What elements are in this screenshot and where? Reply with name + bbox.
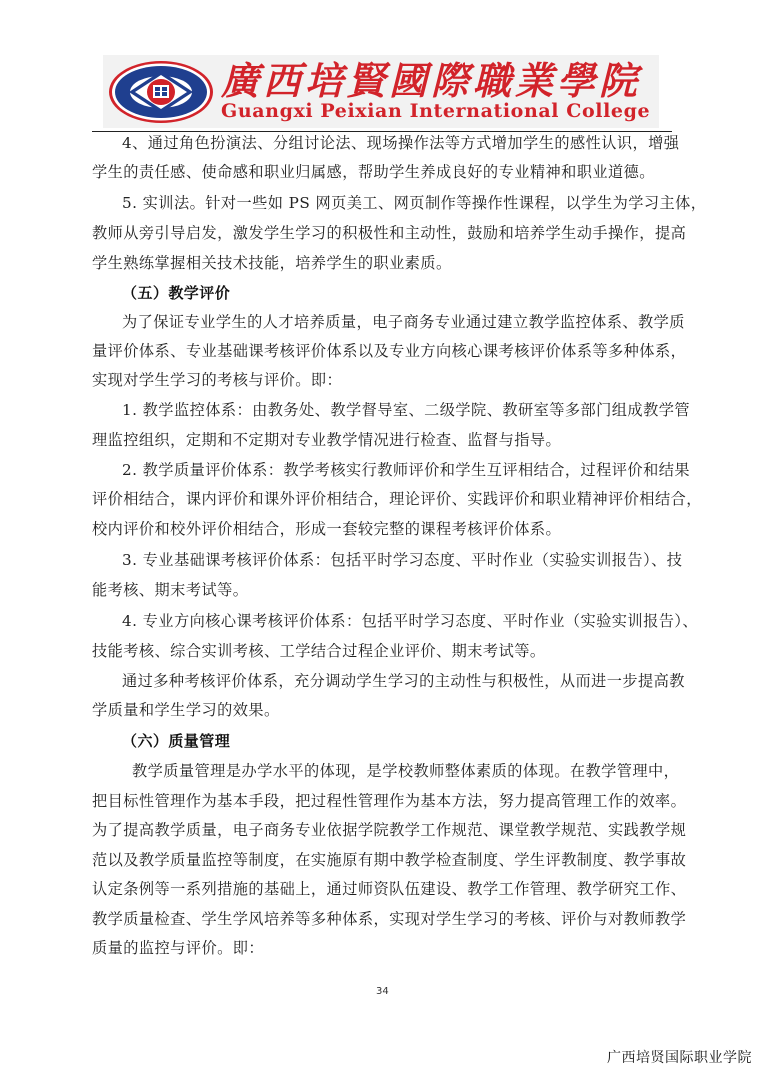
section-heading-teaching-evaluation: （五）教学评价 xyxy=(122,278,230,308)
paragraph-line: 理监控组织，定期和不定期对专业教学情况进行检查、监督与指导。 xyxy=(92,425,561,455)
paragraph-line: 教学质量检查、学生学风培养等多种体系，实现对学生学习的考核、评价与对教师教学 xyxy=(92,904,686,934)
paragraph-line: 把目标性管理作为基本手段，把过程性管理作为基本方法，努力提高管理工作的效率。 xyxy=(92,786,686,816)
paragraph-line: 能考核、期末考试等。 xyxy=(92,575,248,605)
page-number: 34 xyxy=(376,986,389,997)
header-banner: 廣西培賢國際職業學院 Guangxi Peixian International… xyxy=(103,55,659,128)
paragraph-line: 2. 教学质量评价体系：教学考核实行教师评价和学生互评相结合，过程评价和结果 xyxy=(122,455,690,485)
paragraph-line: 4. 专业方向核心课考核评价体系：包括平时学习态度、平时作业（实验实训报告）、 xyxy=(122,606,698,636)
section-heading-quality-management: （六）质量管理 xyxy=(122,726,230,756)
paragraph-line: 4、通过角色扮演法、分组讨论法、现场操作法等方式增加学生的感性认识，增强 xyxy=(122,128,679,158)
paragraph-line: 评价相结合，课内评价和课外评价相结合，理论评价、实践评价和职业精神评价相结合， xyxy=(92,484,702,514)
paragraph-line: 范以及教学质量监控等制度，在实施原有期中教学检查制度、学生评教制度、教学事故 xyxy=(92,845,686,875)
paragraph-line: 为了保证专业学生的人才培养质量，电子商务专业通过建立教学监控体系、教学质 xyxy=(122,307,685,337)
paragraph-line: 为了提高教学质量，电子商务专业依据学院教学工作规范、课堂教学规范、实践教学规 xyxy=(92,815,686,845)
paragraph-line: 学生熟练掌握相关技术技能，培养学生的职业素质。 xyxy=(92,248,452,278)
paragraph-line: 教师从旁引导启发，激发学生学习的积极性和主动性，鼓励和培养学生动手操作，提高 xyxy=(92,218,686,248)
paragraph-line: 3. 专业基础课考核评价体系：包括平时学习态度、平时作业（实验实训报告）、技 xyxy=(122,545,682,575)
college-emblem-icon xyxy=(107,59,215,125)
paragraph-line: 学生的责任感、使命感和职业归属感，帮助学生养成良好的专业精神和职业道德。 xyxy=(92,157,655,187)
paragraph-line: 校内评价和校外评价相结合，形成一套较完整的课程考核评价体系。 xyxy=(92,514,561,544)
paragraph-line: 教学质量管理是办学水平的体现，是学校教师整体素质的体现。在教学管理中， xyxy=(132,756,679,786)
paragraph-line: 认定条例等一系列措施的基础上，通过师资队伍建设、教学工作管理、教学研究工作、 xyxy=(92,874,686,904)
paragraph-line: 质量的监控与评价。即： xyxy=(92,933,264,963)
paragraph-line: 量评价体系、专业基础课考核评价体系以及专业方向核心课考核评价体系等多种体系， xyxy=(92,336,686,366)
footer-college-name: 广西培贤国际职业学院 xyxy=(607,1047,752,1067)
paragraph-line: 5. 实训法。针对一些如 PS 网页美工、网页制作等操作性课程，以学生为学习主体… xyxy=(122,188,706,218)
paragraph-line: 学质量和学生学习的效果。 xyxy=(92,695,280,725)
paragraph-line: 1. 教学监控体系：由教务处、教学督导室、二级学院、教研室等多部门组成教学管 xyxy=(122,395,690,425)
paragraph-line: 实现对学生学习的考核与评价。即： xyxy=(92,365,342,395)
college-name-english: Guangxi Peixian International College xyxy=(221,100,650,122)
paragraph-line: 技能考核、综合实训考核、工学结合过程企业评价、期末考试等。 xyxy=(92,636,546,666)
paragraph-line: 通过多种考核评价体系，充分调动学生学习的主动性与积极性，从而进一步提高教 xyxy=(122,666,685,696)
college-name-chinese: 廣西培賢國際職業學院 xyxy=(221,59,641,103)
